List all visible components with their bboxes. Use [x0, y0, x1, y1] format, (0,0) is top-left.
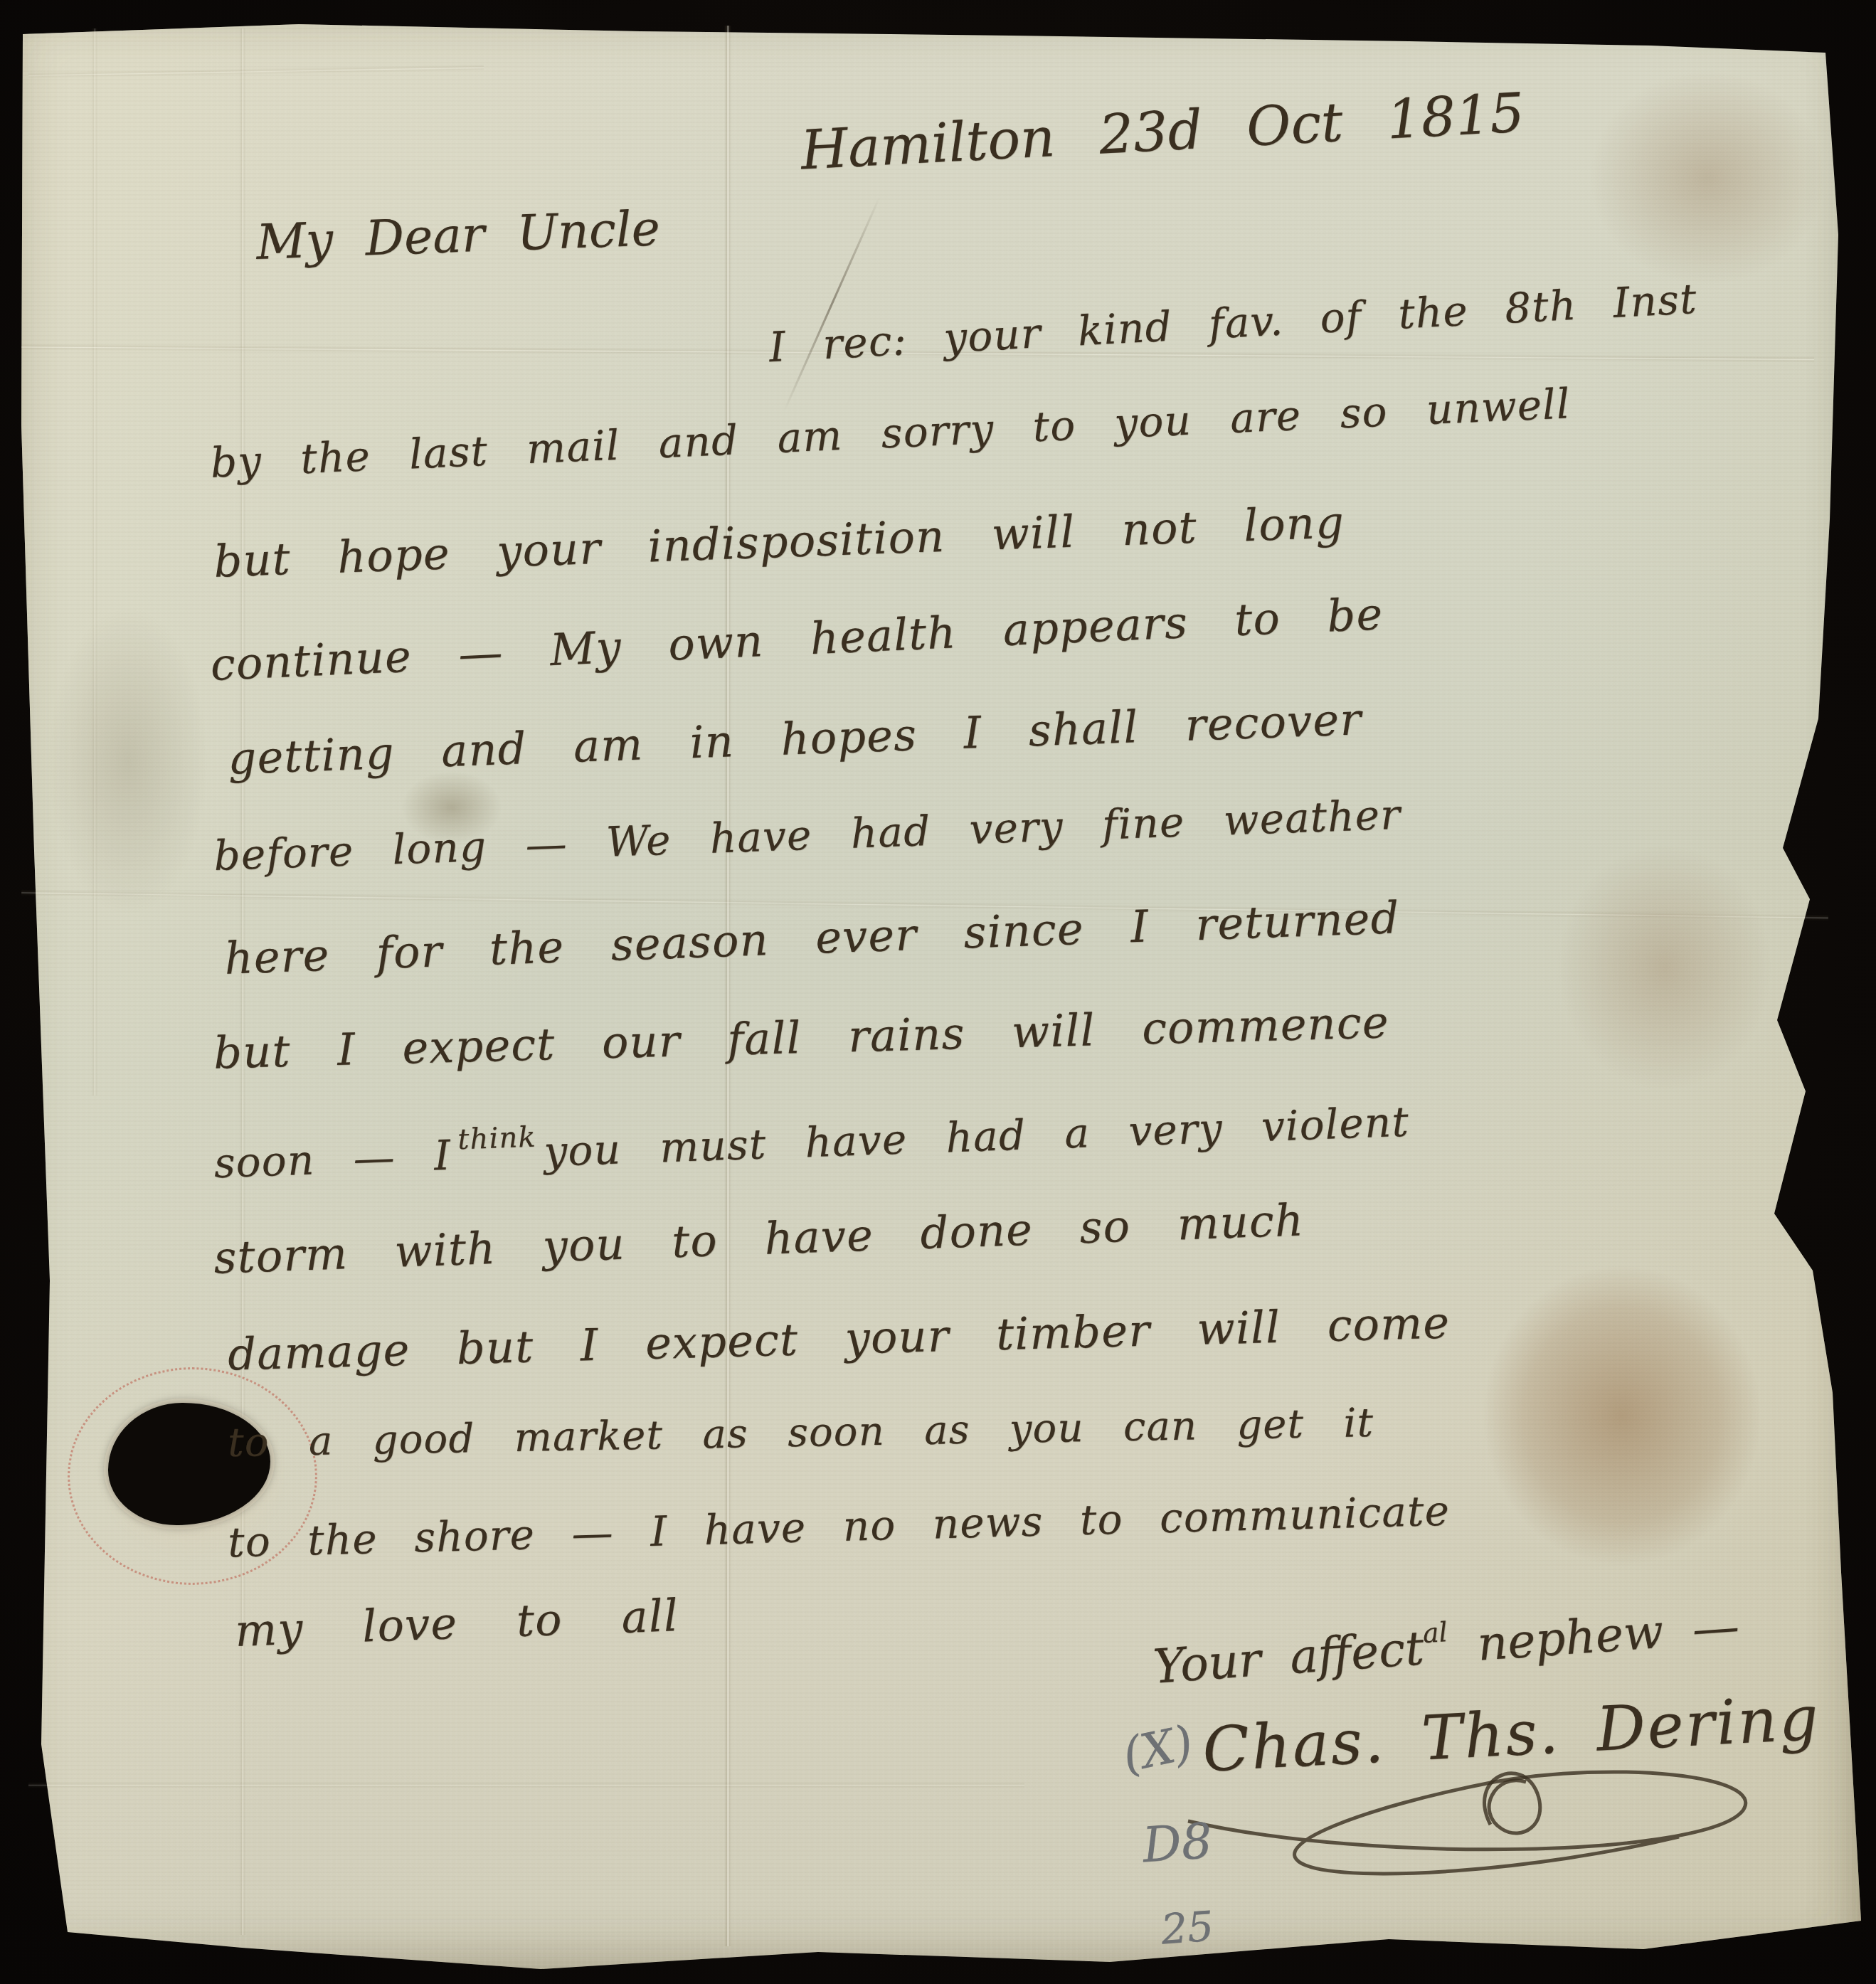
pencil-annotation-code: D8 [1140, 1813, 1214, 1874]
body-line-pre: soon — I [213, 1131, 452, 1188]
letter-scan: Hamilton 23d Oct 1815 My Dear Uncle I re… [0, 0, 1876, 1984]
inserted-word: think [457, 1121, 537, 1157]
closing-superscript: al [1421, 1616, 1448, 1649]
pencil-annotation-number: 25 [1160, 1902, 1215, 1954]
